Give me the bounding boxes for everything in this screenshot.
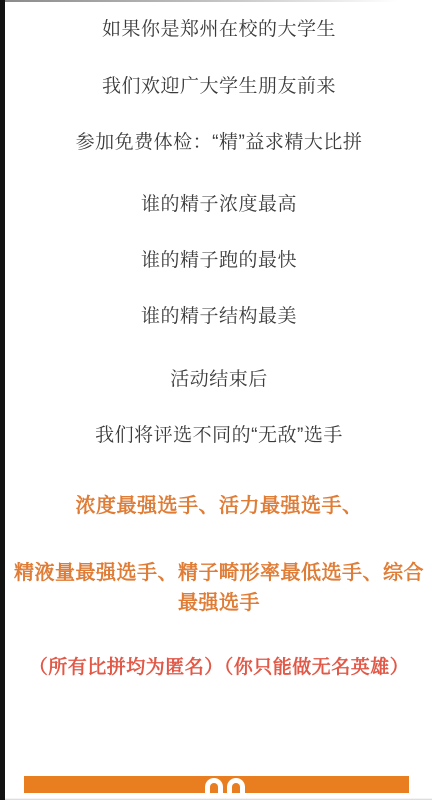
article-line-note: （所有比拼均为匿名）（你只能做无名英雄） xyxy=(8,652,430,679)
top-edge-shadow xyxy=(0,0,432,2)
article-line: 活动结束后 xyxy=(8,364,430,391)
article-line: 我们欢迎广大学生朋友前来 xyxy=(8,71,430,98)
article-line: 谁的精子结构最美 xyxy=(8,301,430,328)
left-edge-strip xyxy=(0,0,5,800)
peeking-eye-left-icon xyxy=(205,778,223,797)
article-line: 谁的精子跑的最快 xyxy=(8,245,430,272)
peeking-eye-right-icon xyxy=(227,778,245,797)
article-line: 如果你是郑州在校的大学生 xyxy=(8,14,430,41)
article-line: 谁的精子浓度最高 xyxy=(8,189,430,216)
article-line-highlight: 最强选手 xyxy=(8,586,430,615)
article-line: 我们将评选不同的“无敌”选手 xyxy=(8,420,430,447)
article-line-highlight: 精液量最强选手、精子畸形率最低选手、综合 xyxy=(8,556,430,585)
article-page: 如果你是郑州在校的大学生 我们欢迎广大学生朋友前来 参加免费体检：“精”益求精大… xyxy=(0,0,432,800)
article-line: 参加免费体检：“精”益求精大比拼 xyxy=(8,127,430,154)
peeking-eyes-icon xyxy=(205,778,245,797)
article-line-highlight: 浓度最强选手、活力最强选手、 xyxy=(8,489,430,518)
bottom-divider-bar xyxy=(24,776,409,793)
